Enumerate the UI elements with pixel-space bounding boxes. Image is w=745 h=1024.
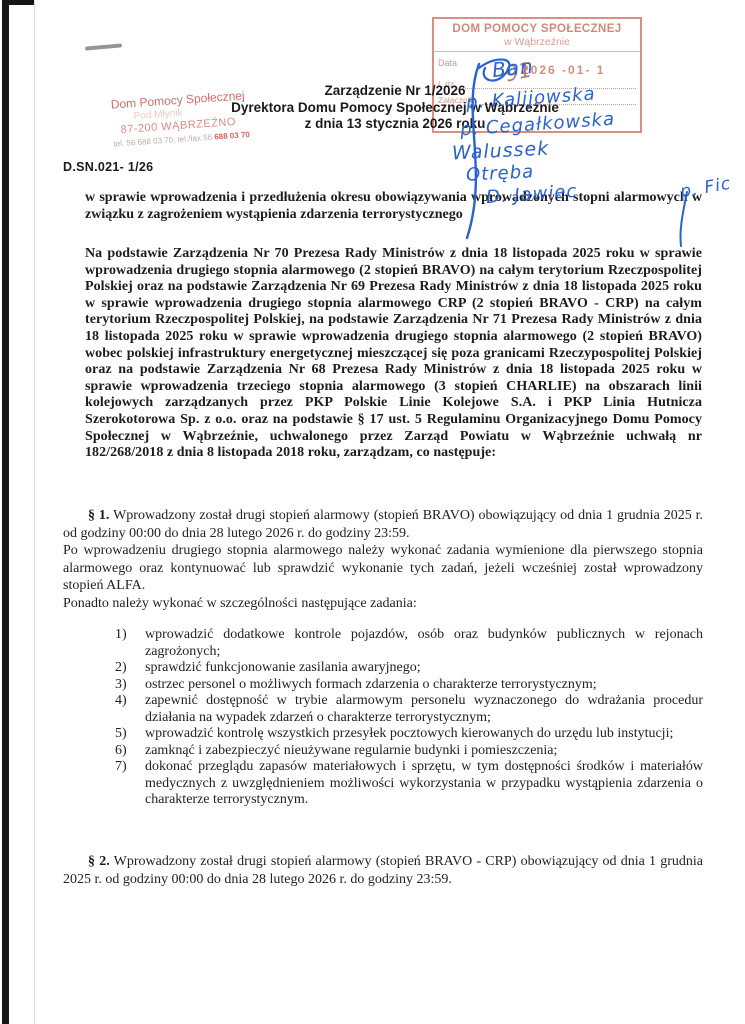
- list-item-number: 5): [115, 726, 145, 743]
- scanned-document-page: DOM POMOCY SPOŁECZNEJ w Wąbrzeźnie Data …: [0, 0, 745, 1024]
- list-item-text: zamknąć i zabezpieczyć nieużywane regula…: [145, 743, 703, 760]
- list-item-text: dokonać przeglądu zapasów materiałowych …: [145, 759, 703, 809]
- section-1-marker: § 1.: [88, 508, 109, 523]
- list-item-number: 2): [115, 660, 145, 677]
- list-item-number: 3): [115, 677, 145, 694]
- received-stamp-header: DOM POMOCY SPOŁECZNEJ w Wąbrzeźnie: [434, 19, 640, 52]
- section-2-marker: § 2.: [88, 854, 110, 869]
- reference-number: D.SN.021- 1/26: [63, 160, 153, 174]
- scan-edge-bar: [2, 0, 9, 1024]
- task-list: 1)wprowadzić dodatkowe kontrole pojazdów…: [115, 627, 703, 809]
- section-1-paragraph-1-text: Wprowadzony został drugi stopień alarmow…: [63, 508, 703, 541]
- list-item: 7)dokonać przeglądu zapasów materiałowyc…: [115, 759, 703, 809]
- section-2: § 2. Wprowadzony został drugi stopień al…: [63, 853, 703, 888]
- legal-basis-paragraph: Na podstawie Zarządzenia Nr 70 Prezesa R…: [85, 246, 702, 462]
- pen-smudge-mark: [85, 43, 122, 50]
- list-item: 3)ostrzec personel o możliwych formach z…: [115, 677, 703, 694]
- scan-edge-notch: [2, 0, 34, 5]
- received-stamp-org-name: DOM POMOCY SPOŁECZNEJ: [436, 23, 638, 35]
- signature-name: Ban: [491, 54, 535, 82]
- list-item-text: wprowadzić kontrolę wszystkich przesyłek…: [145, 726, 703, 743]
- list-item-number: 1): [115, 627, 145, 660]
- list-item-text: wprowadzić dodatkowe kontrole pojazdów, …: [145, 627, 703, 660]
- list-item-text: ostrzec personel o możliwych formach zda…: [145, 677, 703, 694]
- list-item-number: 7): [115, 759, 145, 809]
- list-item: 5)wprowadzić kontrolę wszystkich przesył…: [115, 726, 703, 743]
- section-1-paragraph-1: § 1. Wprowadzony został drugi stopień al…: [63, 507, 703, 542]
- list-item: 1)wprowadzić dodatkowe kontrole pojazdów…: [115, 627, 703, 660]
- signature-name: Otręba: [465, 161, 534, 186]
- scan-fold-line: [34, 0, 35, 1024]
- section-1-paragraph-2: Po wprowadzeniu drugiego stopnia alarmow…: [63, 542, 703, 595]
- list-item: 2)sprawdzić funkcjonowanie zasilania awa…: [115, 660, 703, 677]
- section-2-paragraph: § 2. Wprowadzony został drugi stopień al…: [63, 853, 703, 888]
- list-item-number: 6): [115, 743, 145, 760]
- list-item: 6)zamknąć i zabezpieczyć nieużywane regu…: [115, 743, 703, 760]
- list-item-text: sprawdzić funkcjonowanie zasilania awary…: [145, 660, 703, 677]
- list-item: 4)zapewnić dostępność w trybie alarmowym…: [115, 693, 703, 726]
- list-item-text: zapewnić dostępność w trybie alarmowym p…: [145, 693, 703, 726]
- section-1: § 1. Wprowadzony został drugi stopień al…: [63, 507, 703, 613]
- section-1-paragraph-3: Ponadto należy wykonać w szczególności n…: [63, 595, 703, 613]
- received-stamp-city: w Wąbrzeźnie: [436, 36, 638, 48]
- section-2-paragraph-text: Wprowadzony został drugi stopień alarmow…: [63, 854, 703, 887]
- list-item-number: 4): [115, 693, 145, 726]
